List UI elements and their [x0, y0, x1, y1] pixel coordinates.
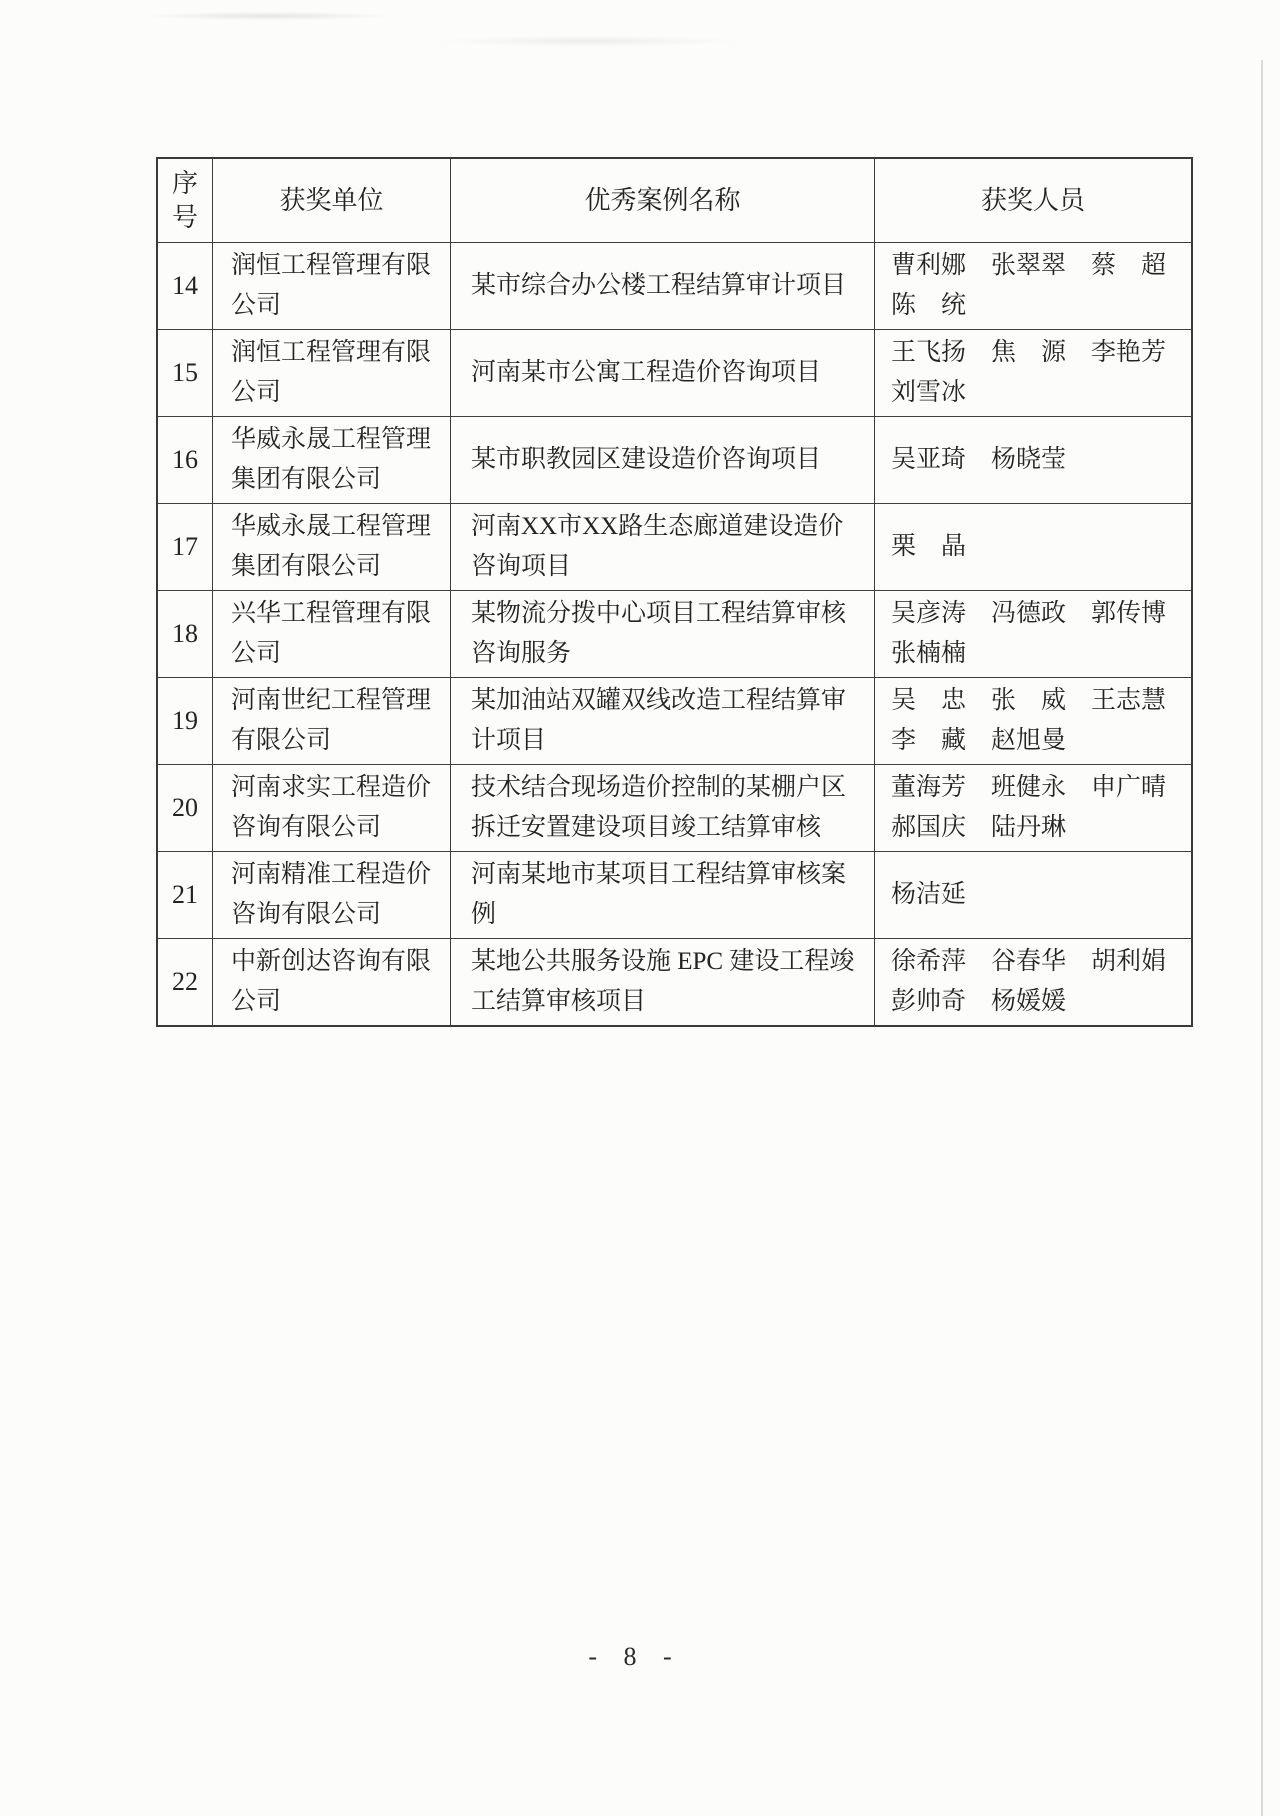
table-row: 18 兴华工程管理有限公司 某物流分拨中心项目工程结算审核咨询服务 吴彦涛 冯德… — [158, 590, 1191, 677]
awards-table: 序号 获奖单位 优秀案例名称 获奖人员 14 润恒工程管理有限公司 某市综合办公… — [156, 157, 1193, 1027]
row-serial-number: 21 — [158, 851, 213, 938]
row-serial-number: 14 — [158, 242, 213, 329]
people-line: 郝国庆 陆丹琳 — [891, 808, 1183, 848]
table-row: 15 润恒工程管理有限公司 河南某市公寓工程造价咨询项目 王飞扬 焦 源 李艳芳… — [158, 329, 1191, 416]
unit-cell: 华威永晟工程管理集团有限公司 — [213, 503, 451, 590]
row-serial-number: 15 — [158, 329, 213, 416]
row-serial-number: 18 — [158, 590, 213, 677]
people-line: 吴亚琦 杨晓莹 — [891, 440, 1183, 480]
people-line: 王飞扬 焦 源 李艳芳 — [891, 333, 1183, 373]
people-line: 栗 晶 — [891, 527, 1183, 567]
people-line: 李 藏 赵旭曼 — [891, 721, 1183, 761]
case-name-cell: 技术结合现场造价控制的某棚户区拆迁安置建设项目竣工结算审核 — [451, 764, 875, 851]
table-row: 17 华威永晟工程管理集团有限公司 河南XX市XX路生态廊道建设造价咨询项目 栗… — [158, 503, 1191, 590]
row-serial-number: 16 — [158, 416, 213, 503]
case-name-cell: 河南XX市XX路生态廊道建设造价咨询项目 — [451, 503, 875, 590]
page-number: - 8 - — [0, 1642, 1270, 1672]
case-name-cell: 某加油站双罐双线改造工程结算审计项目 — [451, 677, 875, 764]
unit-cell: 华威永晟工程管理集团有限公司 — [213, 416, 451, 503]
case-name-cell: 某地公共服务设施 EPC 建设工程竣工结算审核项目 — [451, 938, 875, 1025]
people-line: 吴彦涛 冯德政 郭传博 — [891, 594, 1183, 634]
people-line: 董海芳 班健永 申广晴 — [891, 768, 1183, 808]
people-cell: 王飞扬 焦 源 李艳芳 刘雪冰 — [875, 329, 1191, 416]
people-line: 吴 忠 张 威 王志慧 — [891, 681, 1183, 721]
people-line: 杨洁延 — [891, 875, 1183, 915]
scan-right-edge-shadow — [1261, 60, 1263, 1816]
table-row: 22 中新创达咨询有限公司 某地公共服务设施 EPC 建设工程竣工结算审核项目 … — [158, 938, 1191, 1025]
unit-cell: 兴华工程管理有限公司 — [213, 590, 451, 677]
table-row: 21 河南精准工程造价咨询有限公司 河南某地市某项目工程结算审核案例 杨洁延 — [158, 851, 1191, 938]
header-awarded-people: 获奖人员 — [875, 159, 1191, 242]
unit-cell: 河南求实工程造价咨询有限公司 — [213, 764, 451, 851]
people-cell: 吴亚琦 杨晓莹 — [875, 416, 1191, 503]
unit-cell: 润恒工程管理有限公司 — [213, 242, 451, 329]
people-cell: 栗 晶 — [875, 503, 1191, 590]
people-line: 陈 统 — [891, 286, 1183, 326]
people-line: 张楠楠 — [891, 634, 1183, 674]
header-case-name: 优秀案例名称 — [451, 159, 875, 242]
unit-cell: 润恒工程管理有限公司 — [213, 329, 451, 416]
case-name-cell: 某市综合办公楼工程结算审计项目 — [451, 242, 875, 329]
table-row: 20 河南求实工程造价咨询有限公司 技术结合现场造价控制的某棚户区拆迁安置建设项… — [158, 764, 1191, 851]
header-serial-number-label: 序号 — [171, 167, 199, 235]
row-serial-number: 20 — [158, 764, 213, 851]
table-row: 16 华威永晟工程管理集团有限公司 某市职教园区建设造价咨询项目 吴亚琦 杨晓莹 — [158, 416, 1191, 503]
case-name-cell: 某市职教园区建设造价咨询项目 — [451, 416, 875, 503]
case-name-cell: 河南某市公寓工程造价咨询项目 — [451, 329, 875, 416]
people-line: 曹利娜 张翠翠 蔡 超 — [891, 246, 1183, 286]
people-cell: 吴彦涛 冯德政 郭传博 张楠楠 — [875, 590, 1191, 677]
people-line: 徐希萍 谷春华 胡利娟 — [891, 942, 1183, 982]
header-serial-number: 序号 — [158, 159, 213, 242]
header-awarded-unit: 获奖单位 — [213, 159, 451, 242]
people-line: 刘雪冰 — [891, 373, 1183, 413]
unit-cell: 中新创达咨询有限公司 — [213, 938, 451, 1025]
row-serial-number: 19 — [158, 677, 213, 764]
case-name-cell: 河南某地市某项目工程结算审核案例 — [451, 851, 875, 938]
row-serial-number: 22 — [158, 938, 213, 1025]
row-serial-number: 17 — [158, 503, 213, 590]
people-cell: 曹利娜 张翠翠 蔡 超 陈 统 — [875, 242, 1191, 329]
people-cell: 吴 忠 张 威 王志慧 李 藏 赵旭曼 — [875, 677, 1191, 764]
people-cell: 董海芳 班健永 申广晴 郝国庆 陆丹琳 — [875, 764, 1191, 851]
table-header-row: 序号 获奖单位 优秀案例名称 获奖人员 — [158, 159, 1191, 242]
table-row: 14 润恒工程管理有限公司 某市综合办公楼工程结算审计项目 曹利娜 张翠翠 蔡 … — [158, 242, 1191, 329]
people-line: 彭帅奇 杨媛媛 — [891, 982, 1183, 1022]
case-name-cell: 某物流分拨中心项目工程结算审核咨询服务 — [451, 590, 875, 677]
people-cell: 杨洁延 — [875, 851, 1191, 938]
table-row: 19 河南世纪工程管理有限公司 某加油站双罐双线改造工程结算审计项目 吴 忠 张… — [158, 677, 1191, 764]
unit-cell: 河南世纪工程管理有限公司 — [213, 677, 451, 764]
scan-top-smudge — [140, 6, 780, 56]
people-cell: 徐希萍 谷春华 胡利娟 彭帅奇 杨媛媛 — [875, 938, 1191, 1025]
unit-cell: 河南精准工程造价咨询有限公司 — [213, 851, 451, 938]
